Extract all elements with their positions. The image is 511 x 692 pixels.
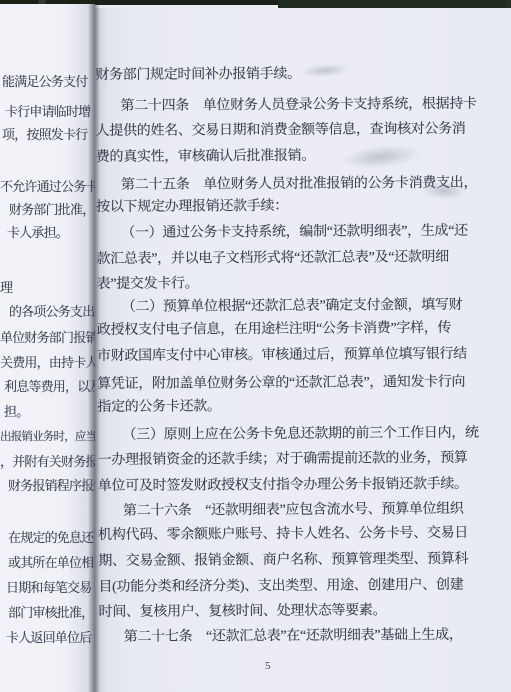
text-line-fragment: 卡人返回单位后	[6, 629, 91, 647]
text-line-fragment: 部门审核批准，	[8, 604, 93, 622]
text-line: 第二十四条 单位财务人员登录公务卡支持系统，根据持卡	[95, 95, 476, 117]
text-line: （一）通过公务卡支持系统，编制“还款明细表”，生成“还	[96, 222, 468, 244]
scanner-background-band-right	[278, 0, 511, 8]
text-line-fragment: 担。	[4, 403, 28, 421]
text-line-fragment: 卡行申请临时增	[5, 103, 90, 121]
text-line-fragment: 卡人承担。	[7, 224, 68, 242]
text-line-fragment: 日期和每笔交易	[6, 579, 91, 597]
text-line: 算凭证，附加盖单位财务公章的“还款汇总表”，通知发卡行向	[97, 373, 465, 395]
text-line-fragment: 出报销业务时，应当	[0, 428, 95, 446]
text-line-fragment: ，并附有关财务报	[0, 453, 95, 471]
text-line: 按以下规定办理报销还款手续：	[96, 197, 288, 218]
underlying-page: 能满足公务支付卡行申请临时增项，按照发卡行不允许通过公务卡财务部门批准，卡人承担…	[0, 4, 95, 692]
text-line-fragment: 项，按照发卡行	[2, 126, 87, 144]
text-line: 人提供的姓名、交易日期和消费金额等信息，查询核对公务消	[96, 120, 466, 142]
text-line: 第二十五条 单位财务人员对批准报销的公务卡消费支出，	[96, 174, 477, 196]
text-line-fragment: 利息等费用，以及	[4, 378, 95, 396]
text-line-fragment: 的各项公务支出，	[9, 303, 95, 321]
text-line-fragment: 单位财务部门报销	[0, 329, 95, 347]
text-line: 机构代码、零余额账户账号、持卡人姓名、公务卡号、交易日	[98, 524, 468, 546]
text-line: 市财政国库支付中心审核。审核通过后，预算单位填写银行结	[97, 345, 467, 367]
text-line: 费的真实性，审核确认后批准报销。	[96, 147, 315, 168]
text-line: 第二十七条 “还款汇总表”在“还款明细表”基础上生成，	[99, 626, 463, 648]
text-line-fragment: 关费用，由持卡人	[0, 354, 95, 372]
text-line: 指定的公务卡还款。	[97, 397, 220, 418]
document-page: 财务部门规定时间补办报销手续。第二十四条 单位财务人员登录公务卡支持系统，根据持…	[95, 8, 511, 692]
text-line: 政授权支付电子信息，在用途栏注明“公务卡消费”字样，传	[97, 319, 451, 341]
text-line: （二）预算单位根据“还款汇总表”确定支付金额，填写财	[97, 296, 463, 318]
text-line: （三）原则上应在公务卡免息还款期的前三个工作日内，统	[97, 424, 478, 446]
text-line: 款汇总表”，并以电子文档形式将“还款汇总表”及“还款明细	[96, 248, 449, 270]
text-line: 第二十六条 “还款明细表”应包含流水号、预算单位组织	[98, 500, 464, 522]
text-line-fragment: 理	[0, 279, 12, 297]
text-line-fragment: 财务报销程序报销	[8, 477, 95, 495]
text-line: 期、交易金额、报销金额、商户名称、预算管理类型、预算科	[98, 550, 468, 572]
text-line: 单位可及时签发财政授权支付指令办理公务卡报销还款手续。	[98, 475, 468, 497]
page-number: 5	[265, 660, 272, 672]
text-line-fragment: 财务部门批准，	[9, 201, 94, 219]
text-line-fragment: 在规定的免息还	[8, 529, 93, 547]
scanned-document: 能满足公务支付卡行申请临时增项，按照发卡行不允许通过公务卡财务部门批准，卡人承担…	[0, 0, 511, 692]
page-text-lines: 财务部门规定时间补办报销手续。第二十四条 单位财务人员登录公务卡支持系统，根据持…	[95, 8, 511, 692]
text-line: 表”提交发卡行。	[97, 274, 199, 295]
text-line: 时间、复核用户、复核时间、处理状态等要素。	[99, 601, 387, 623]
text-line: 一办理报销资金的还款手续；对于确需提前还款的业务，预算	[98, 449, 468, 471]
text-line-fragment: 不允许通过公务卡	[0, 178, 95, 196]
text-line-fragment: 能满足公务支付	[2, 73, 87, 91]
text-line: 财务部门规定时间补办报销手续。	[95, 65, 301, 86]
text-line-fragment: 或其所在单位相	[8, 554, 93, 572]
text-line: 目(功能分类和经济分类)、支出类型、用途、创建用户、创建	[98, 576, 463, 598]
